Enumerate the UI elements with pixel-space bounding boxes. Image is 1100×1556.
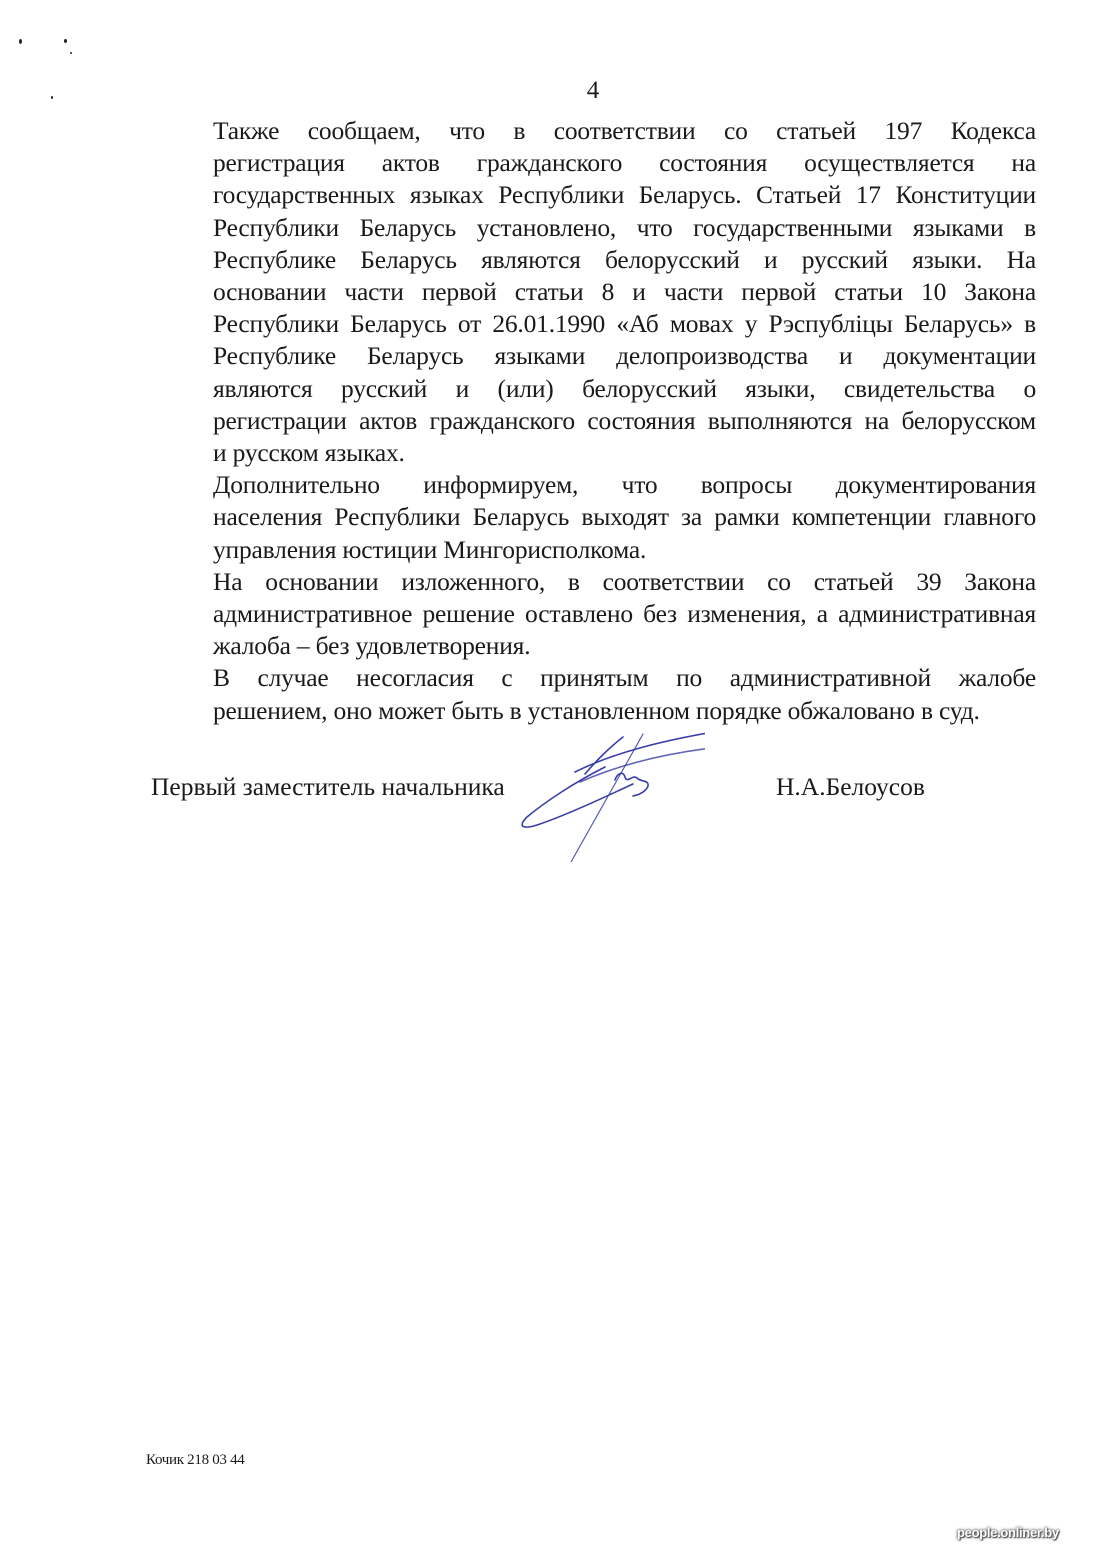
paragraph-appeal-rights: В случае несогласия с принятым по админи… — [151, 662, 1036, 726]
text-line: В случае несогласия с принятым по админи… — [151, 662, 1036, 694]
letter-body: Также сообщаем, что в соответствии со ст… — [151, 115, 1036, 727]
text-line: Дополнительно информируем, что вопросы д… — [151, 469, 1036, 501]
text-line: административное решение оставлено без и… — [151, 598, 1036, 630]
text-line: государственных языках Республики Белару… — [151, 179, 1036, 211]
executor-contact: Кочик 218 03 44 — [146, 1451, 244, 1469]
text-line: На основании изложенного, в соответствии… — [151, 566, 1036, 598]
scan-speck — [19, 39, 22, 44]
text-line: регистрации актов гражданского состояния… — [151, 405, 1036, 437]
text-line: Республике Беларусь языками делопроизвод… — [151, 340, 1036, 372]
text-line: основании части первой статьи 8 и части … — [151, 276, 1036, 308]
paragraph-decision: На основании изложенного, в соответствии… — [151, 566, 1036, 663]
paragraph-civil-registration-languages: Также сообщаем, что в соответствии со ст… — [151, 115, 1036, 469]
signatory-title: Первый заместитель начальника — [151, 770, 505, 804]
text-line: регистрация актов гражданского состояния… — [151, 147, 1036, 179]
text-line: населения Республики Беларусь выходят за… — [151, 501, 1036, 533]
text-line: являются русский и (или) белорусский язы… — [151, 373, 1036, 405]
scan-speck — [64, 39, 67, 43]
text-line: Также сообщаем, что в соответствии со ст… — [151, 115, 1036, 147]
text-line: управления юстиции Мингорисполкома. — [151, 534, 1036, 566]
page-number: 4 — [0, 76, 1100, 106]
paragraph-documentation-competence: Дополнительно информируем, что вопросы д… — [151, 469, 1036, 566]
text-line: Республике Беларусь являются белорусский… — [151, 244, 1036, 276]
text-line: жалоба – без удовлетворения. — [151, 630, 1036, 662]
text-line: и русском языках. — [151, 437, 1036, 469]
scan-speck — [70, 52, 72, 54]
handwritten-signature-icon — [515, 722, 705, 862]
text-line: Республики Беларусь от 26.01.1990 «Аб мо… — [151, 308, 1036, 340]
text-line: Республики Беларусь установлено, что гос… — [151, 212, 1036, 244]
source-watermark: people.onliner.by — [957, 1525, 1059, 1540]
signatory-name: Н.А.Белоусов — [776, 770, 925, 804]
